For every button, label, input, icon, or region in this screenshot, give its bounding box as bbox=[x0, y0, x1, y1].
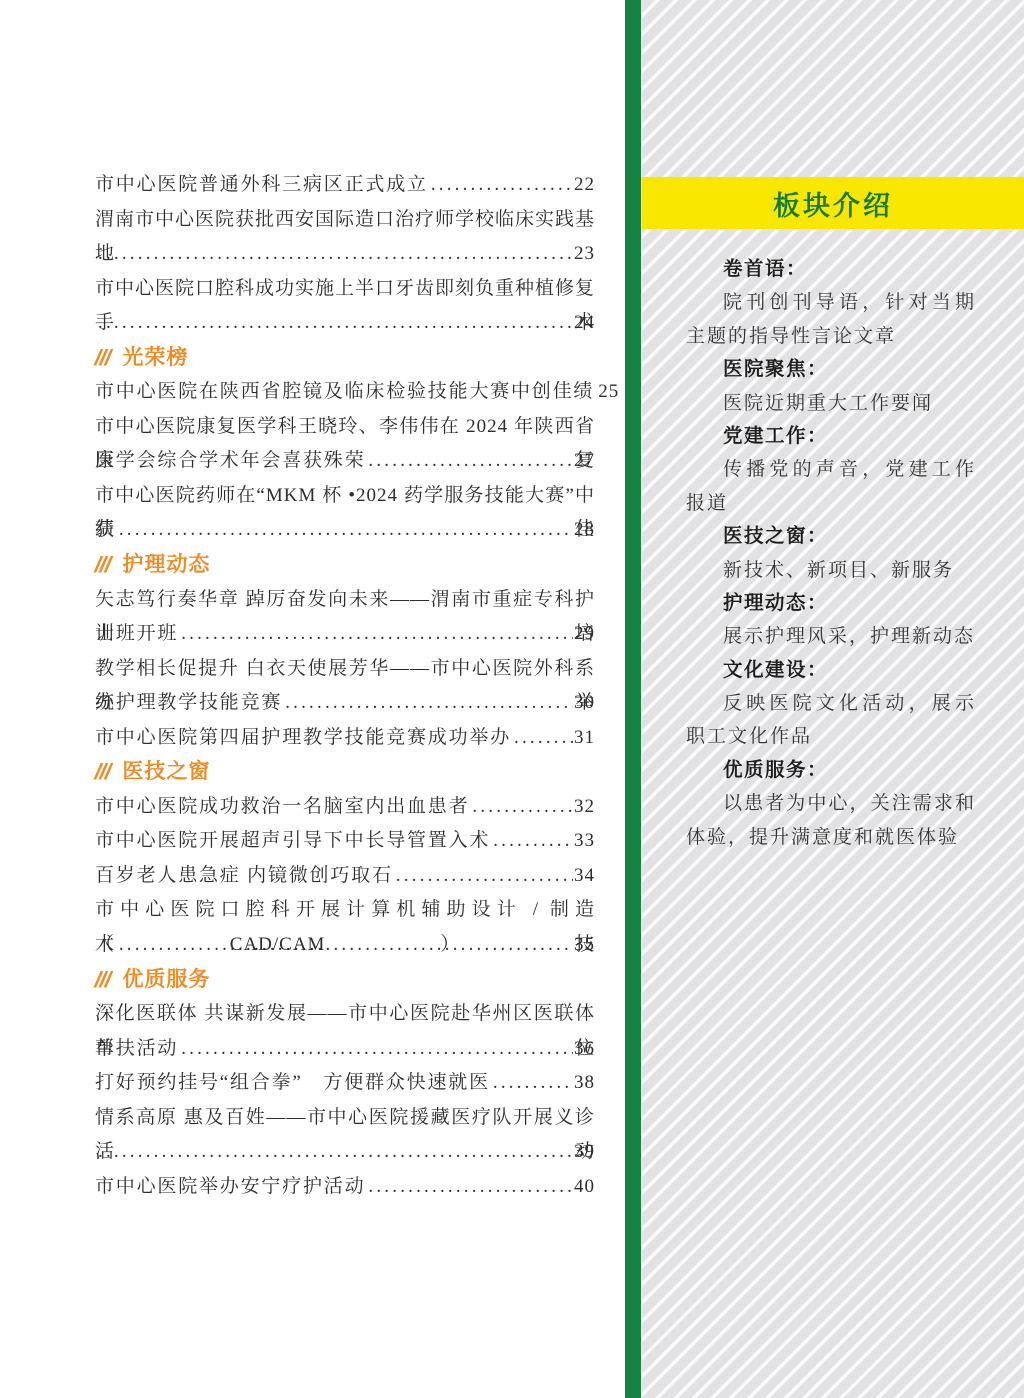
panel-block-desc-line: 院刊创刊导语，针对当期 bbox=[686, 286, 976, 319]
dot-leader: ........................................… bbox=[98, 306, 573, 341]
panel-title: 板块介绍 bbox=[773, 184, 893, 223]
toc-line: 市中心医院举办安宁疗护活动...........................… bbox=[95, 1170, 595, 1205]
toc-page-number: 29 bbox=[574, 617, 595, 652]
toc-line-text: 打好预约挂号“组合拳” 方便群众快速就医 bbox=[95, 1066, 490, 1101]
panel-block-desc-line: 职工文化作品 bbox=[686, 720, 976, 753]
panel-block-label: 党建工作： bbox=[686, 420, 976, 453]
dot-leader: ........................................… bbox=[181, 1032, 573, 1067]
panel-block-label: 文化建设： bbox=[686, 654, 976, 687]
toc-line: 帮扶活动....................................… bbox=[95, 1032, 595, 1067]
journal-toc-page: 市中心医院普通外科三病区正式成立........................… bbox=[0, 0, 1024, 1398]
toc-line: 术.......................................… bbox=[95, 928, 595, 963]
green-divider-bar bbox=[625, 0, 641, 1398]
panel-block-desc-line: 反映医院文化活动，展示 bbox=[686, 687, 976, 720]
toc-line: 训班开班....................................… bbox=[95, 617, 595, 652]
dot-leader: ........................................… bbox=[119, 928, 573, 963]
toc-line-text: 市中心医院成功救治一名脑室内出血患者 bbox=[95, 790, 469, 825]
toc-line: ........................................… bbox=[95, 237, 595, 272]
toc-line-text: 市中心医院普通外科三病区正式成立 bbox=[95, 168, 428, 203]
toc-line-text: 训班开班 bbox=[95, 617, 178, 652]
toc-section-heading-label: 优质服务 bbox=[122, 963, 210, 998]
panel-block-label: 医院聚焦： bbox=[686, 353, 976, 386]
toc-line-text: 办护理教学技能竞赛 bbox=[95, 686, 282, 721]
panel-block-desc-line: 医院近期重大工作要闻 bbox=[686, 387, 976, 420]
dot-leader: ........................................… bbox=[285, 686, 573, 721]
toc-line: 百岁老人患急症 内镜微创巧取石.........................… bbox=[95, 859, 595, 894]
toc-line: 矢志笃行奏华章 踔厉奋发向未来——渭南市重症专科护士培 bbox=[95, 583, 595, 618]
toc-line-text: 医学会综合学术年会喜获殊荣 bbox=[95, 444, 365, 479]
toc-line: 教学相长促提升 白衣天使展芳华——市中心医院外科系统举 bbox=[95, 652, 595, 687]
dot-leader: ........................................… bbox=[119, 513, 573, 548]
toc-line: ........................................… bbox=[95, 306, 595, 341]
toc-line: 市中心医院口腔科成功实施上半口牙齿即刻负重种植修复手术 bbox=[95, 272, 595, 307]
toc-line: ........................................… bbox=[95, 1135, 595, 1170]
dot-leader: ........................................… bbox=[431, 168, 573, 203]
panel-block-desc-line: 新技术、新项目、新服务 bbox=[686, 554, 976, 587]
toc-line: 办护理教学技能竞赛...............................… bbox=[95, 686, 595, 721]
toc-section-heading-label: 护理动态 bbox=[122, 548, 210, 583]
toc-line: 市中心医院第四届护理教学技能竞赛成功举办....................… bbox=[95, 721, 595, 756]
toc-page-number: 31 bbox=[574, 721, 595, 756]
toc-line: 市中心医院普通外科三病区正式成立........................… bbox=[95, 168, 595, 203]
dot-leader: ........................................… bbox=[493, 1066, 573, 1101]
toc-line-text: 市中心医院第四届护理教学技能竞赛成功举办 bbox=[95, 721, 511, 756]
toc-line: 打好预约挂号“组合拳” 方便群众快速就医....................… bbox=[95, 1066, 595, 1101]
panel-block-desc-line: 展示护理风采，护理新动态 bbox=[686, 620, 976, 653]
toc-line-text: 术 bbox=[95, 928, 116, 963]
toc-section-heading: ///医技之窗 bbox=[95, 755, 595, 790]
toc-line: 市中心医院开展超声引导下中长导管置入术.....................… bbox=[95, 824, 595, 859]
toc-page-number: 40 bbox=[574, 1170, 595, 1205]
toc-line-text: 帮扶活动 bbox=[95, 1032, 178, 1067]
toc-page-number: 27 bbox=[574, 444, 595, 479]
toc-line-text: 市中心医院开展超声引导下中长导管置入术 bbox=[95, 824, 490, 859]
table-of-contents: 市中心医院普通外科三病区正式成立........................… bbox=[95, 168, 595, 1204]
toc-line: 渭南市中心医院获批西安国际造口治疗师学校临床实践基地 bbox=[95, 203, 595, 238]
slash-marker-icon: /// bbox=[91, 963, 115, 998]
dot-leader: ........................................… bbox=[181, 617, 573, 652]
toc-line: 市中心医院在陕西省腔镜及临床检验技能大赛中创佳绩................… bbox=[95, 375, 595, 410]
dot-leader: ........................................… bbox=[98, 1135, 573, 1170]
panel-block-desc-line: 主题的指导性言论文章 bbox=[686, 320, 976, 353]
dot-leader: ........................................… bbox=[396, 859, 573, 894]
toc-line: 深化医联体 共谋新发展——市中心医院赴华州区医联体单位 bbox=[95, 997, 595, 1032]
dot-leader: ........................................… bbox=[472, 790, 573, 825]
toc-section-heading: ///护理动态 bbox=[95, 548, 595, 583]
toc-page-number: 36 bbox=[574, 1032, 595, 1067]
toc-page-number: 33 bbox=[574, 824, 595, 859]
panel-block-desc-line: 体验，提升满意度和就医体验 bbox=[686, 821, 976, 854]
toc-line-text: 市中心医院在陕西省腔镜及临床检验技能大赛中创佳绩 bbox=[95, 375, 594, 410]
toc-page-number: 22 bbox=[574, 168, 595, 203]
toc-line: 市中心医院口腔科开展计算机辅助设计 / 制造（CAD/CAM）技 bbox=[95, 893, 595, 928]
toc-line-text: 市中心医院举办安宁疗护活动 bbox=[95, 1170, 365, 1205]
toc-line: 绩.......................................… bbox=[95, 513, 595, 548]
section-intro-panel: 板块介绍 卷首语：院刊创刊导语，针对当期主题的指导性言论文章医院聚焦：医院近期重… bbox=[642, 0, 1024, 1398]
toc-line: 市中心医院药师在“MKM 杯 •2024 药学服务技能大赛”中获佳 bbox=[95, 479, 595, 514]
panel-block-desc-line: 以患者为中心，关注需求和 bbox=[686, 787, 976, 820]
dot-leader: ........................................… bbox=[368, 444, 573, 479]
toc-section-heading: ///优质服务 bbox=[95, 963, 595, 998]
toc-page-number: 38 bbox=[574, 1066, 595, 1101]
toc-page-number: 24 bbox=[574, 306, 595, 341]
toc-page-number: 35 bbox=[574, 928, 595, 963]
panel-intro-blocks: 卷首语：院刊创刊导语，针对当期主题的指导性言论文章医院聚焦：医院近期重大工作要闻… bbox=[686, 253, 976, 854]
toc-line: 医学会综合学术年会喜获殊荣...........................… bbox=[95, 444, 595, 479]
toc-page-number: 34 bbox=[574, 859, 595, 894]
toc-line: 情系高原 惠及百姓——市中心医院援藏医疗队开展义诊活动 bbox=[95, 1101, 595, 1136]
panel-block-label: 优质服务： bbox=[686, 754, 976, 787]
toc-page-number: 28 bbox=[574, 513, 595, 548]
dot-leader: ........................................… bbox=[98, 237, 573, 272]
toc-line-text: 绩 bbox=[95, 513, 116, 548]
slash-marker-icon: /// bbox=[91, 755, 115, 790]
toc-section-heading-label: 医技之窗 bbox=[122, 755, 210, 790]
toc-section-heading: ///光荣榜 bbox=[95, 341, 595, 376]
toc-page-number: 32 bbox=[574, 790, 595, 825]
dot-leader: ........................................… bbox=[493, 824, 573, 859]
toc-line: 市中心医院成功救治一名脑室内出血患者......................… bbox=[95, 790, 595, 825]
slash-marker-icon: /// bbox=[91, 548, 115, 583]
toc-line: 市中心医院康复医学科王晓玲、李伟伟在 2024 年陕西省康复 bbox=[95, 410, 595, 445]
dot-leader: ........................................… bbox=[514, 721, 573, 756]
toc-page-number: 23 bbox=[574, 237, 595, 272]
toc-page-number: 25 bbox=[598, 375, 619, 410]
panel-title-band: 板块介绍 bbox=[642, 177, 1024, 229]
panel-block-label: 卷首语： bbox=[686, 253, 976, 286]
panel-block-label: 护理动态： bbox=[686, 587, 976, 620]
toc-section-heading-label: 光荣榜 bbox=[122, 341, 188, 376]
dot-leader: ........................................… bbox=[368, 1170, 573, 1205]
panel-block-desc-line: 报道 bbox=[686, 487, 976, 520]
toc-page-number: 30 bbox=[574, 686, 595, 721]
toc-line-text: 百岁老人患急症 内镜微创巧取石 bbox=[95, 859, 393, 894]
slash-marker-icon: /// bbox=[91, 341, 115, 376]
toc-page-number: 39 bbox=[574, 1135, 595, 1170]
panel-block-desc-line: 传播党的声音，党建工作 bbox=[686, 453, 976, 486]
panel-block-label: 医技之窗： bbox=[686, 520, 976, 553]
